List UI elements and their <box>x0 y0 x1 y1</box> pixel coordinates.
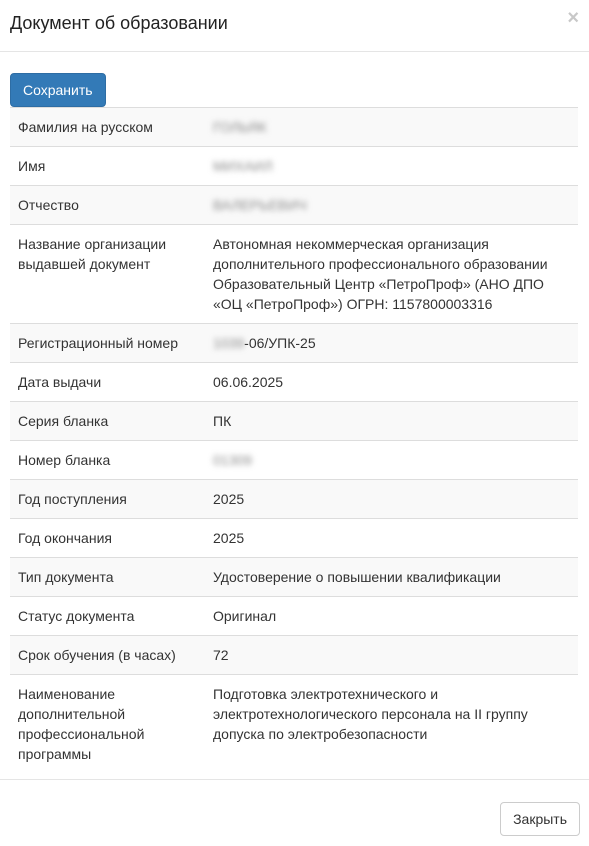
table-row: Дата выдачи06.06.2025 <box>10 363 578 402</box>
close-icon[interactable]: × <box>567 8 579 28</box>
field-value: Автономная некоммерческая организация до… <box>205 225 578 324</box>
table-row: ИмяМИХАИЛ <box>10 147 578 186</box>
table-row: ОтчествоВАЛЕРЬЕВИЧ <box>10 186 578 225</box>
table-row: Номер бланка01309 <box>10 441 578 480</box>
field-value: 72 <box>205 636 578 675</box>
field-label: Отчество <box>10 186 205 225</box>
redacted-value: МИХАИЛ <box>213 156 273 176</box>
close-button[interactable]: Закрыть <box>500 802 580 836</box>
field-value: МИХАИЛ <box>205 147 578 186</box>
table-row: Наименование дополнительной профессионал… <box>10 675 578 774</box>
field-label: Регистрационный номер <box>10 324 205 363</box>
field-value: Удостоверение о повышении квалификации <box>205 558 578 597</box>
table-row: Год поступления2025 <box>10 480 578 519</box>
field-label: Фамилия на русском <box>10 108 205 147</box>
field-label: Тип документа <box>10 558 205 597</box>
field-label: Наименование дополнительной профессионал… <box>10 675 205 774</box>
field-value: Подготовка электротехнического и электро… <box>205 675 578 774</box>
redacted-value: ВАЛЕРЬЕВИЧ <box>213 195 307 215</box>
details-table: Фамилия на русскомГОЛЬЯКИмяМИХАИЛОтчеств… <box>10 107 578 773</box>
redacted-value: 1039 <box>213 333 244 353</box>
field-value: ПК <box>205 402 578 441</box>
field-value: ГОЛЬЯК <box>205 108 578 147</box>
field-label: Серия бланка <box>10 402 205 441</box>
table-row: Год окончания2025 <box>10 519 578 558</box>
table-row: Серия бланкаПК <box>10 402 578 441</box>
field-label: Срок обучения (в часах) <box>10 636 205 675</box>
field-label: Статус документа <box>10 597 205 636</box>
field-value: ВАЛЕРЬЕВИЧ <box>205 186 578 225</box>
modal-footer: Закрыть <box>0 779 589 846</box>
table-row: Название организации выдавшей документАв… <box>10 225 578 324</box>
field-value: 2025 <box>205 519 578 558</box>
field-value: 01309 <box>205 441 578 480</box>
modal-title: Документ об образовании <box>10 11 228 35</box>
field-value-text: -06/УПК-25 <box>244 335 315 351</box>
table-row: Фамилия на русскомГОЛЬЯК <box>10 108 578 147</box>
redacted-value: ГОЛЬЯК <box>213 117 267 137</box>
field-label: Год окончания <box>10 519 205 558</box>
field-label: Дата выдачи <box>10 363 205 402</box>
field-value: 06.06.2025 <box>205 363 578 402</box>
field-value: Оригинал <box>205 597 578 636</box>
field-value: 2025 <box>205 480 578 519</box>
table-row: Срок обучения (в часах)72 <box>10 636 578 675</box>
save-button[interactable]: Сохранить <box>10 73 106 107</box>
redacted-value: 01309 <box>213 450 252 470</box>
field-value: 1039-06/УПК-25 <box>205 324 578 363</box>
table-row: Статус документаОригинал <box>10 597 578 636</box>
field-label: Номер бланка <box>10 441 205 480</box>
field-label: Имя <box>10 147 205 186</box>
modal-header: Документ об образовании × <box>0 0 589 52</box>
modal-body: Сохранить Фамилия на русскомГОЛЬЯКИмяМИХ… <box>0 52 589 773</box>
table-row: Регистрационный номер1039-06/УПК-25 <box>10 324 578 363</box>
field-label: Год поступления <box>10 480 205 519</box>
field-label: Название организации выдавшей документ <box>10 225 205 324</box>
table-row: Тип документаУдостоверение о повышении к… <box>10 558 578 597</box>
